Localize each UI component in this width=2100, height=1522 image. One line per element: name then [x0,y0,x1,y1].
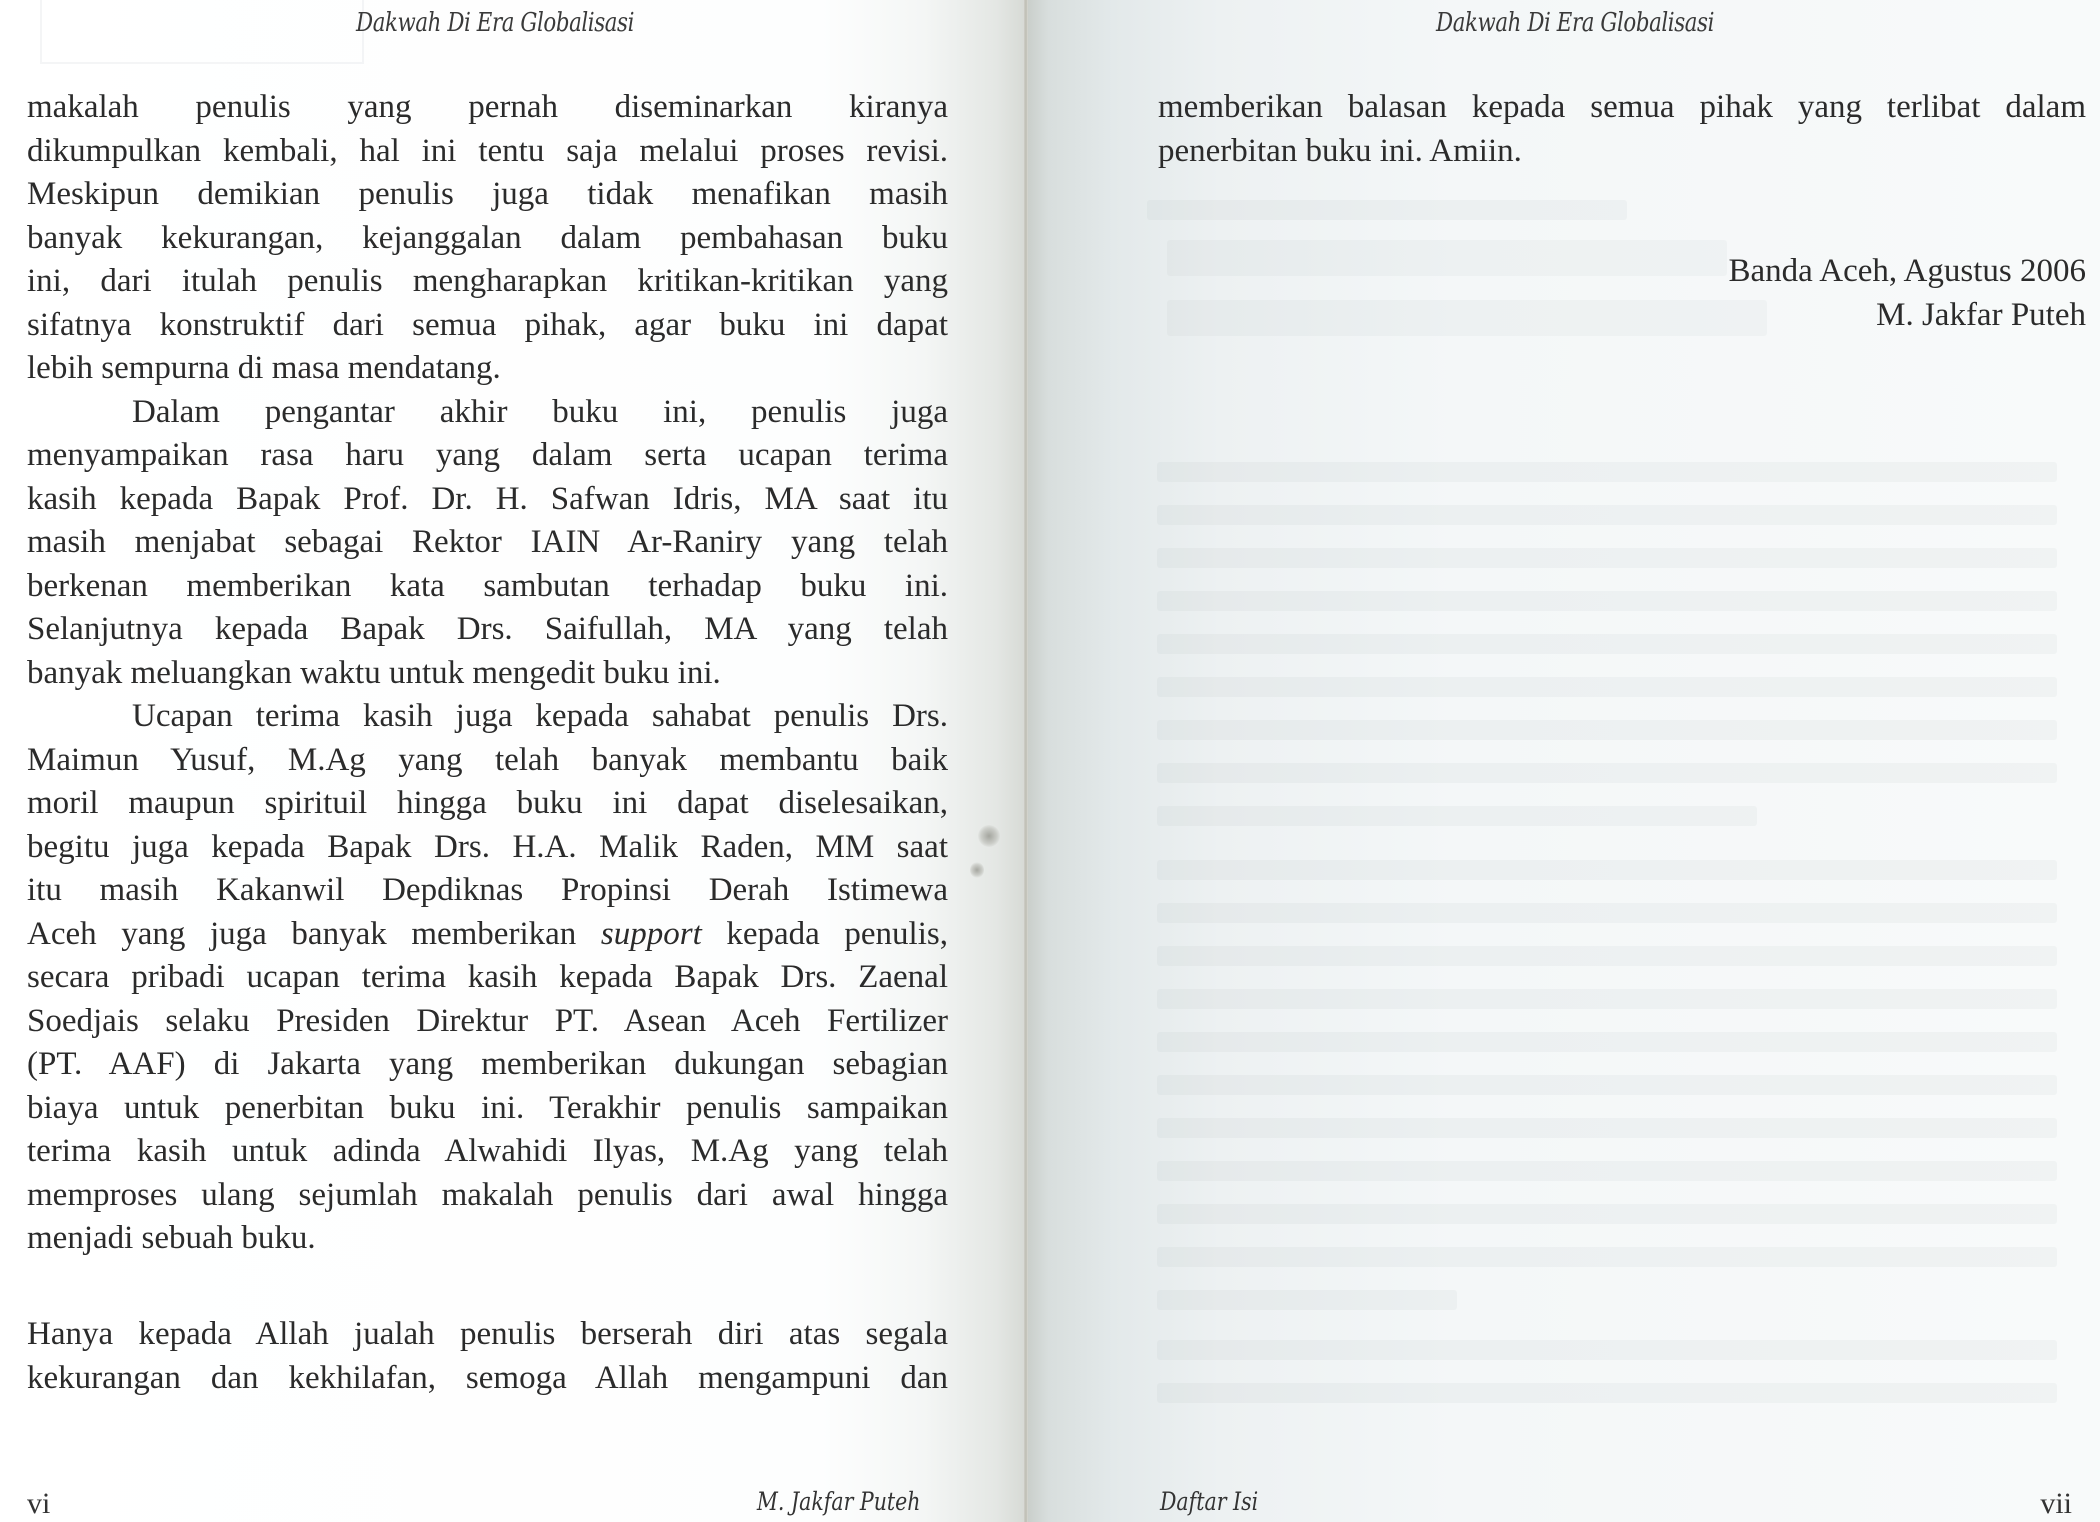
text-line: kasih kepada Bapak Prof. Dr. H. Safwan I… [27,478,948,522]
show-through-text [1157,1247,2057,1267]
show-through-text [1157,989,2057,1009]
text-line: ini, dari itulah penulis mengharapkan kr… [27,260,948,304]
show-through-text [1157,860,2057,880]
text-line: memproses ulang sejumlah makalah penulis… [27,1174,948,1218]
text-line: biaya untuk penerbitan buku ini. Terakhi… [27,1087,948,1131]
text-line: Selanjutnya kepada Bapak Drs. Saifullah,… [27,608,948,652]
text-line-with-italic: Aceh yang juga banyak memberikan support… [27,913,948,957]
show-through-text [1157,763,2057,783]
show-through-text [1157,1204,2057,1224]
left-page: Dakwah Di Era Globalisasi makalah penuli… [0,0,1027,1522]
show-through-text [1157,505,2057,525]
show-through-text [1157,462,2057,482]
text-line: makalah penulis yang pernah diseminarkan… [27,86,948,130]
right-page-body: memberikan balasan kepada semua pihak ya… [1158,86,2086,173]
show-through-text [1157,1340,2057,1360]
ink-speck [970,862,984,878]
show-through-text [1157,946,2057,966]
text-line: begitu juga kepada Bapak Drs. H.A. Malik… [27,826,948,870]
text-line: penerbitan buku ini. Amiin. [1158,130,2086,174]
text-line: Dalam pengantar akhir buku ini, penulis … [27,391,948,435]
text-line: (PT. AAF) di Jakarta yang memberikan duk… [27,1043,948,1087]
left-page-body: makalah penulis yang pernah diseminarkan… [27,86,948,1261]
text-line: banyak kekurangan, kejanggalan dalam pem… [27,217,948,261]
text-line: Meskipun demikian penulis juga tidak men… [27,173,948,217]
text-line: banyak meluangkan waktu untuk mengedit b… [27,652,948,696]
show-through-text [1167,300,1767,336]
text-line: terima kasih untuk adinda Alwahidi Ilyas… [27,1130,948,1174]
text-line: Ucapan terima kasih juga kepada sahabat … [27,695,948,739]
page-number-left: vi [27,1487,50,1521]
show-through-text [1147,200,1627,220]
text-line: itu masih Kakanwil Depdiknas Propinsi De… [27,869,948,913]
show-through-text [1157,1118,2057,1138]
signature-place-date: Banda Aceh, Agustus 2006 [1729,250,2086,294]
show-through-text [1157,1075,2057,1095]
right-page [1027,0,2100,1522]
text-line: moril maupun spirituil hingga buku ini d… [27,782,948,826]
book-spine [1024,0,1028,1522]
text-line: lebih sempurna di masa mendatang. [27,347,948,391]
text-line: memberikan balasan kepada semua pihak ya… [1158,86,2086,130]
text-line: berkenan memberikan kata sambutan terhad… [27,565,948,609]
text-line: menjadi sebuah buku. [27,1217,948,1261]
show-through-text [1157,634,2057,654]
text-line: dikumpulkan kembali, hal ini tentu saja … [27,130,948,174]
footer-section-right: Daftar Isi [1160,1487,1258,1516]
show-through-text [1157,1032,2057,1052]
show-through-text [1157,677,2057,697]
text-line: Hanya kepada Allah jualah penulis berser… [27,1313,948,1357]
show-through-text [1157,548,2057,568]
text-line: kekurangan dan kekhilafan, semoga Allah … [27,1357,948,1401]
show-through-text [1157,806,1757,826]
show-through-text [1167,240,1727,276]
text-line: menyampaikan rasa haru yang dalam serta … [27,434,948,478]
left-page-closing-paragraph: Hanya kepada Allah jualah penulis berser… [27,1313,948,1400]
show-through-text [1157,1161,2057,1181]
show-through-text [1157,720,2057,740]
running-header-left: Dakwah Di Era Globalisasi [89,8,901,38]
show-through-text [1157,903,2057,923]
signature-name: M. Jakfar Puteh [1729,294,2086,338]
text-line: Maimun Yusuf, M.Ag yang telah banyak mem… [27,739,948,783]
signature-block: Banda Aceh, Agustus 2006 M. Jakfar Puteh [1729,250,2086,337]
page-number-right: vii [2040,1487,2072,1521]
running-header-right: Dakwah Di Era Globalisasi [1169,8,1981,38]
footer-author-left: M. Jakfar Puteh [756,1487,920,1516]
ink-speck [978,825,1000,847]
show-through-text [1157,1383,2057,1403]
text-line: masih menjabat sebagai Rektor IAIN Ar-Ra… [27,521,948,565]
italic-term: support [601,916,702,952]
show-through-text [1157,591,2057,611]
text-line: secara pribadi ucapan terima kasih kepad… [27,956,948,1000]
show-through-text [1157,1290,1457,1310]
text-line: Soedjais selaku Presiden Direktur PT. As… [27,1000,948,1044]
text-line: sifatnya konstruktif dari semua pihak, a… [27,304,948,348]
